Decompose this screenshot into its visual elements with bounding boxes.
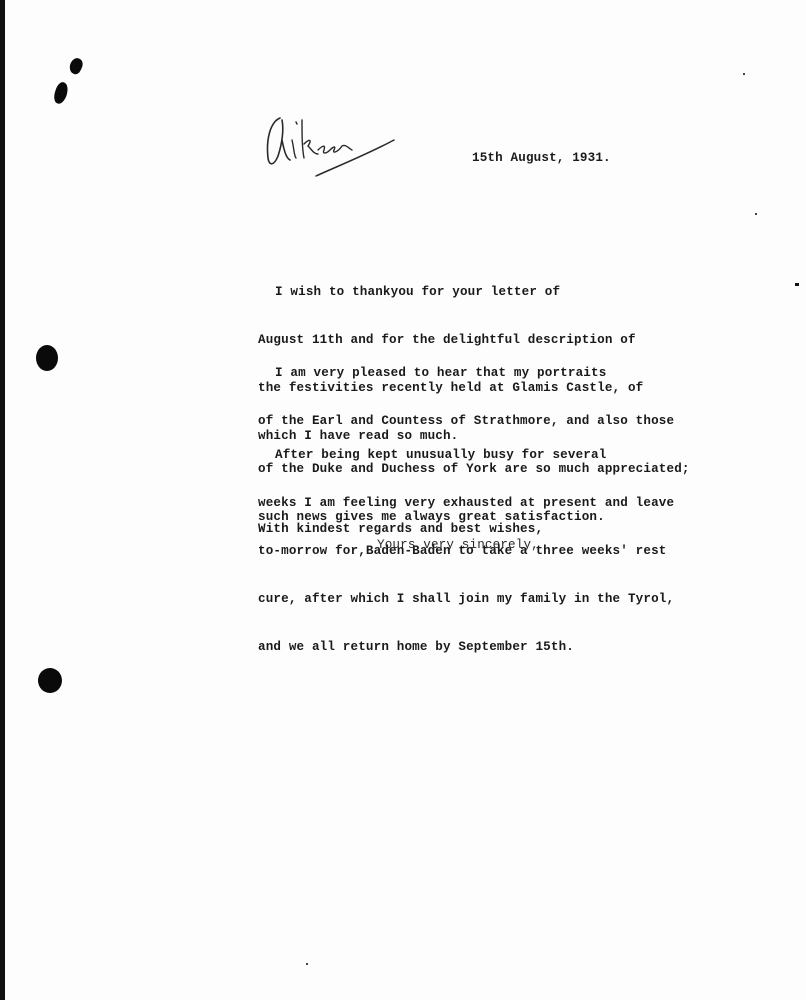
text-line: and we all return home by September 15th… xyxy=(258,639,674,655)
handwritten-annotation: Aiken xyxy=(258,100,398,190)
ink-blot-mark xyxy=(52,81,70,106)
text-line: After being kept unusually busy for seve… xyxy=(258,447,674,463)
scan-speck xyxy=(743,73,745,75)
punch-hole xyxy=(38,668,62,693)
text-line: cure, after which I shall join my family… xyxy=(258,591,674,607)
text-line: weeks I am feeling very exhausted at pre… xyxy=(258,495,674,511)
scan-speck xyxy=(306,963,308,965)
punch-hole xyxy=(36,345,58,371)
signoff-line: Yours very sincerely, xyxy=(377,537,539,553)
text-line: I am very pleased to hear that my portra… xyxy=(258,365,690,381)
ink-blot-mark xyxy=(67,56,85,76)
scan-speck xyxy=(795,283,799,286)
letter-date: 15th August, 1931. xyxy=(472,150,611,166)
text-line: I wish to thankyou for your letter of xyxy=(258,284,643,300)
scanned-page-edge xyxy=(0,0,5,1000)
closing-line: With kindest regards and best wishes, xyxy=(258,521,543,537)
scan-speck xyxy=(755,213,757,215)
